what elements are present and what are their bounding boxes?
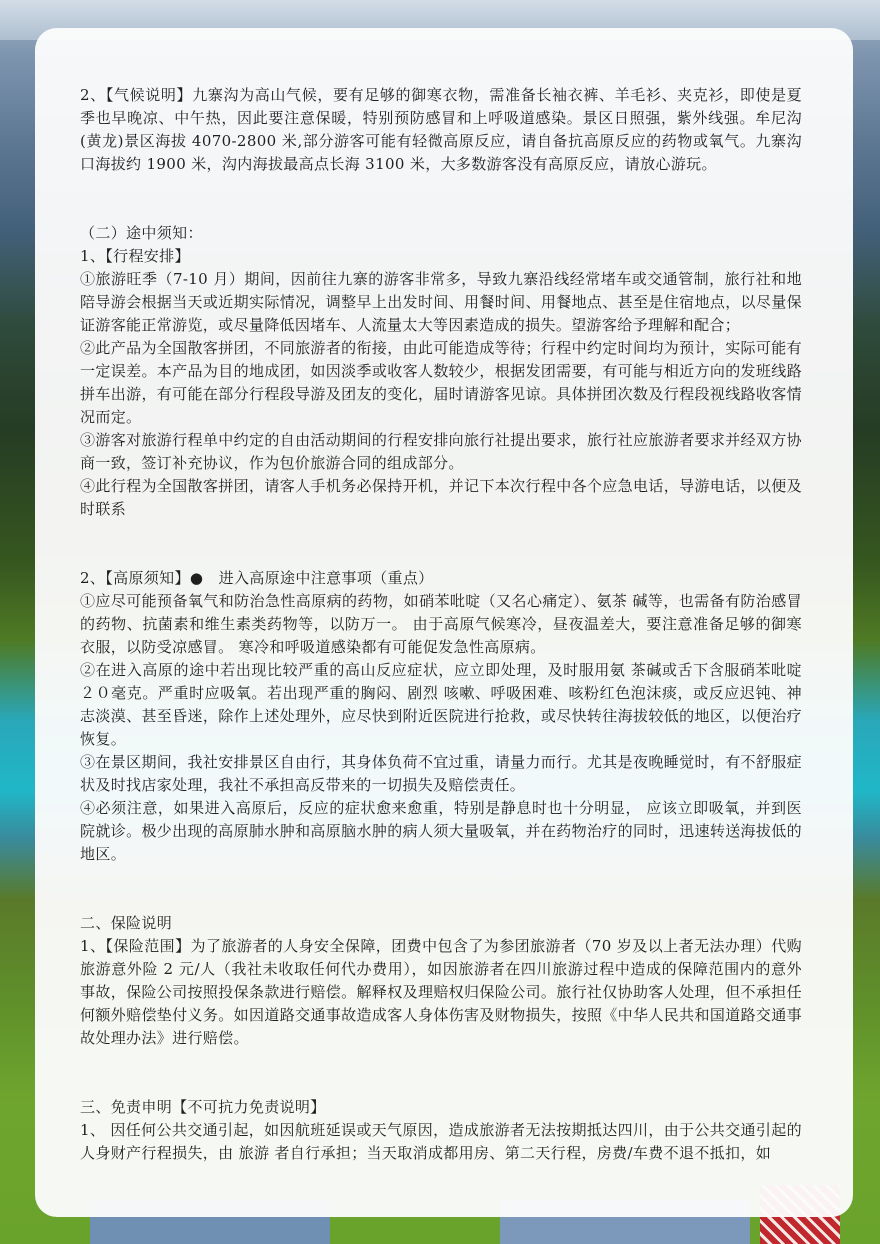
plateau-item-4: ④必须注意，如果进入高原后，反应的症状愈来愈重，特别是静息时也十分明显， 应该立… [80,797,802,866]
disclaimer-heading: 三、免责申明【不可抗力免责说明】 [80,1096,802,1119]
plateau-title: 2、【高原须知】● 进入高原途中注意事项（重点） [80,567,802,590]
spacer [80,521,802,567]
itinerary-title: 1、【行程安排】 [80,245,802,268]
insurance-paragraph: 1、【保险范围】为了旅游者的人身安全保障，团费中包含了为参团旅游者（70 岁及以… [80,935,802,1050]
disclaimer-paragraph: 1、 因任何公共交通引起，如因航班延误或天气原因，造成旅游者无法按期抵达四川，由… [80,1119,802,1165]
document-content: 2、【气候说明】九寨沟为高山气候，要有足够的御寒衣物，需准备长袖衣裤、羊毛衫、夹… [80,84,802,1165]
itinerary-item-2: ②此产品为全国散客拼团，不同旅游者的衔接，由此可能造成等待；行程中约定时间均为预… [80,337,802,429]
climate-paragraph: 2、【气候说明】九寨沟为高山气候，要有足够的御寒衣物，需准备长袖衣裤、羊毛衫、夹… [80,84,802,176]
itinerary-item-4: ④此行程为全国散客拼团，请客人手机务必保持开机，并记下本次行程中各个应急电话，导… [80,475,802,521]
itinerary-item-3: ③游客对旅游行程单中约定的自由活动期间的行程安排向旅行社提出要求，旅行社应旅游者… [80,429,802,475]
plateau-item-1: ①应尽可能预备氧气和防治急性高原病的药物，如硝苯吡啶（又名心痛定）、氨茶 碱等，… [80,590,802,659]
spacer [80,866,802,912]
itinerary-item-1: ①旅游旺季（7-10 月）期间，因前往九寨的游客非常多，导致九寨沿线经常堵车或交… [80,268,802,337]
insurance-heading: 二、保险说明 [80,912,802,935]
plateau-item-2: ②在进入高原的途中若出现比较严重的高山反应症状，应立即处理，及时服用氨 茶碱或舌… [80,659,802,751]
spacer [80,176,802,222]
on-the-way-heading: （二）途中须知： [80,222,802,245]
spacer [80,1050,802,1096]
plateau-item-3: ③在景区期间，我社安排景区自由行，其身体负荷不宜过重，请量力而行。尤其是夜晚睡觉… [80,751,802,797]
